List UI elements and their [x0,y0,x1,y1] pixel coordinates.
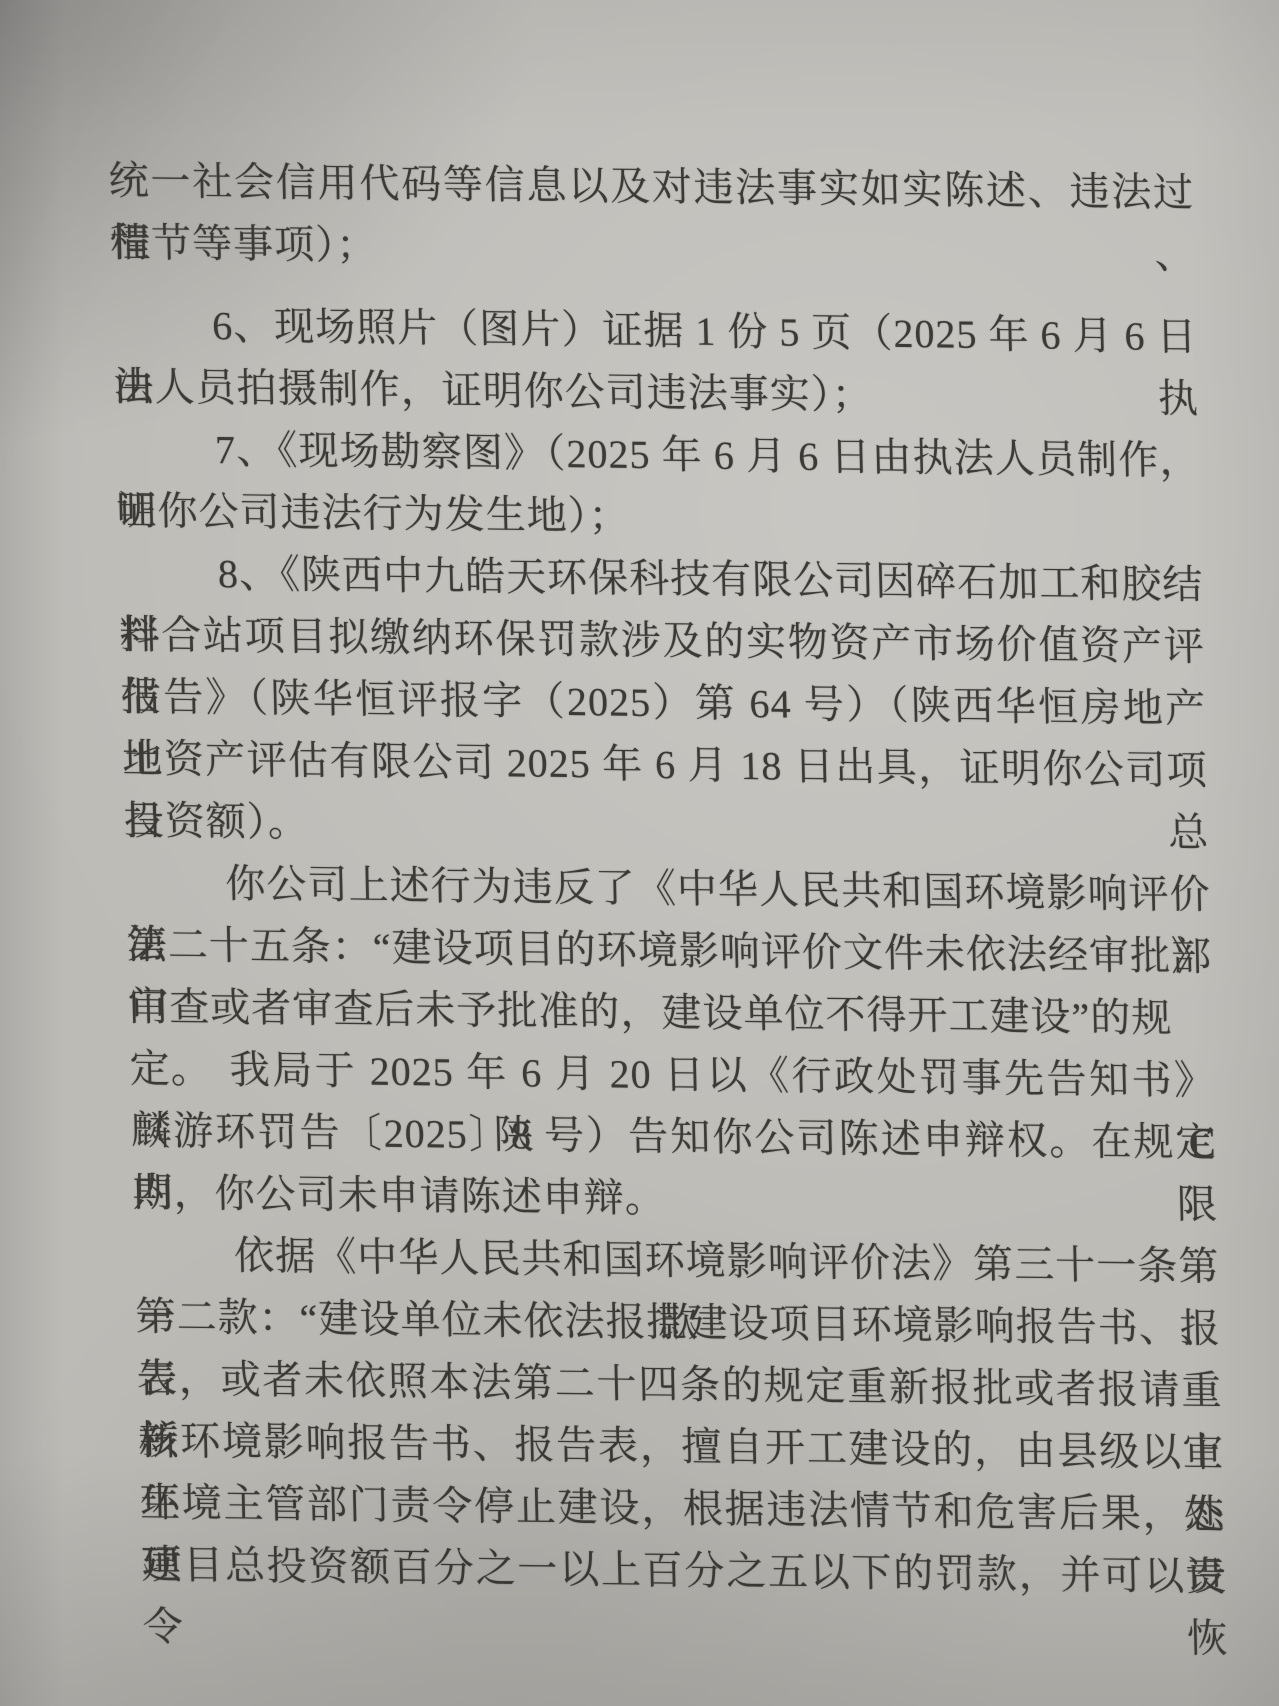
document-photo: 统一社会信用代码等信息以及对违法事实如实陈述、违法过程、情节等事项）；6、现场照… [0,0,1279,1706]
text-line: 项目总投资额百分之一以上百分之五以下的罚款，并可以责令恢 [141,1534,1228,1608]
document-text-block: 统一社会信用代码等信息以及对违法事实如实陈述、违法过程、情节等事项）；6、现场照… [108,150,1227,1608]
